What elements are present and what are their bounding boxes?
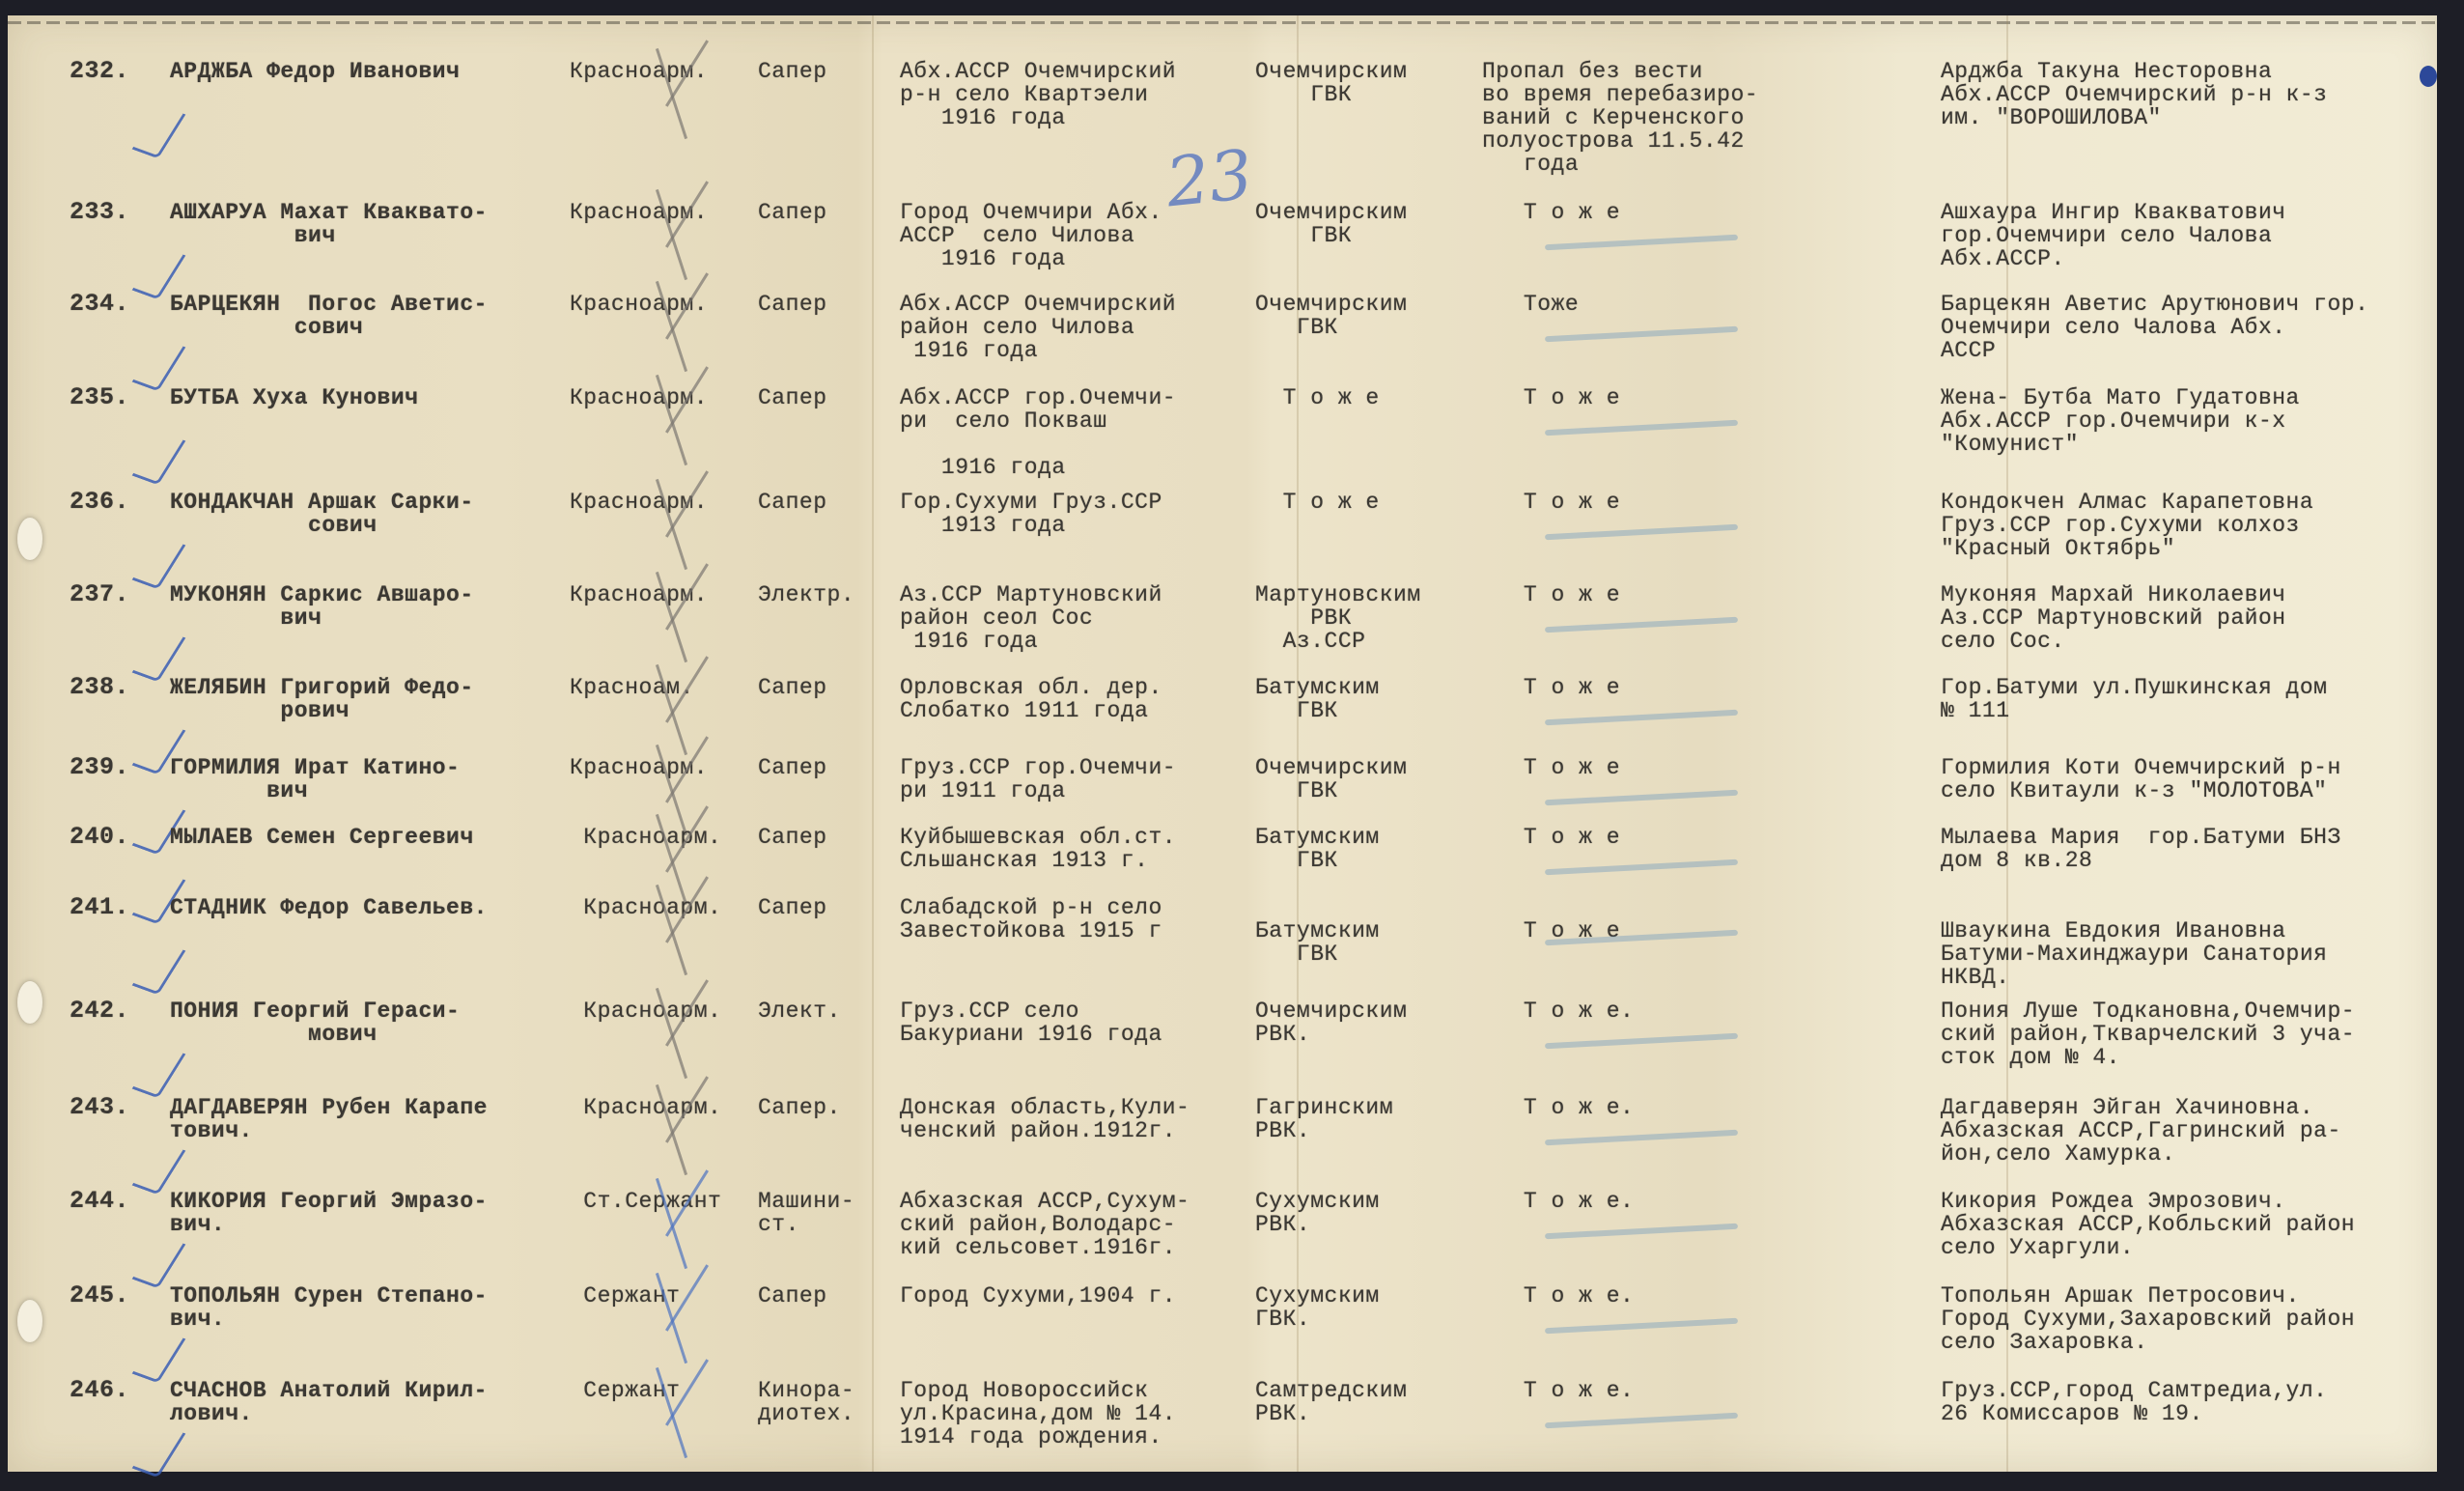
- drafting-commissariat: Сухумским ГВК.: [1255, 1284, 1380, 1331]
- drafting-commissariat: Т о ж е: [1255, 386, 1380, 409]
- pencil-tick-mark-icon: [657, 367, 707, 464]
- specialty: Кинора- диотех.: [758, 1379, 854, 1425]
- soldier-name: БУТБА Хуха Кунович: [170, 386, 418, 409]
- soldier-name: ТОПОЛЬЯН Сурен Степано- вич.: [170, 1284, 488, 1331]
- next-of-kin-address: Арджба Такуна Несторовна Абх.АССР Очемчи…: [1941, 60, 2327, 129]
- birthplace-and-year: Абх.АССР гор.Очемчи- ри село Покваш 1916…: [900, 386, 1176, 479]
- next-of-kin-address: Барцекян Аветис Арутюнович гор. Очемчири…: [1941, 293, 2368, 362]
- specialty: Сапер: [758, 1284, 827, 1308]
- birthplace-and-year: Абх.АССР Очемчирский район село Чилова 1…: [900, 293, 1176, 362]
- pencil-tick-mark-icon: [657, 471, 707, 568]
- drafting-commissariat: Батумским ГВК: [1255, 896, 1380, 966]
- fate-status: Т о ж е: [1482, 491, 1620, 514]
- fate-status: Т о ж е.: [1482, 1190, 1634, 1213]
- pencil-page-number: 23: [1162, 135, 1256, 223]
- fate-status: Т о ж е: [1482, 386, 1620, 409]
- drafting-commissariat: Батумским ГВК: [1255, 826, 1380, 872]
- punch-hole: [17, 981, 42, 1024]
- soldier-name: МЫЛАЕВ Семен Сергеевич: [170, 826, 474, 849]
- soldier-name: ПОНИЯ Георгий Гераси- мович: [170, 999, 460, 1046]
- next-of-kin-address: Гормилия Коти Очемчирский р-н село Квита…: [1941, 756, 2341, 802]
- next-of-kin-address: Гор.Батуми ул.Пушкинская дом № 111: [1941, 676, 2327, 722]
- drafting-commissariat: Очемчирским РВК.: [1255, 999, 1407, 1046]
- fate-status: Т о ж е.: [1482, 1096, 1634, 1119]
- ink-blot: [2420, 66, 2437, 87]
- pencil-tick-mark-icon: [657, 1077, 707, 1173]
- paper-fold-line: [872, 15, 874, 1472]
- specialty: Сапер: [758, 676, 827, 699]
- specialty: Сапер: [758, 826, 827, 849]
- row-number: 246.: [70, 1379, 129, 1402]
- fate-status: Т о ж е: [1482, 676, 1620, 699]
- pencil-tick-mark-icon: [657, 182, 707, 278]
- drafting-commissariat: Мартуновским РВК Аз.ССР: [1255, 583, 1421, 653]
- drafting-commissariat: Гагринским РВК.: [1255, 1096, 1393, 1142]
- specialty: Сапер: [758, 293, 827, 316]
- row-number: 239.: [70, 756, 129, 779]
- specialty: Сапер: [758, 201, 827, 224]
- fate-status: Т о ж е: [1482, 583, 1620, 606]
- next-of-kin-address: Мылаева Мария гор.Батуми БНЗ дом 8 кв.28: [1941, 826, 2341, 872]
- row-number: 242.: [70, 999, 129, 1023]
- drafting-commissariat: Т о ж е: [1255, 491, 1380, 514]
- row-number: 237.: [70, 583, 129, 606]
- row-number: 232.: [70, 60, 129, 83]
- soldier-name: ДАГДАВЕРЯН Рубен Карапе тович.: [170, 1096, 488, 1142]
- birthplace-and-year: Аз.ССР Мартуновский район сеол Сос 1916 …: [900, 583, 1162, 653]
- row-number: 245.: [70, 1284, 129, 1308]
- soldier-name: ЖЕЛЯБИН Григорий Федо- рович: [170, 676, 474, 722]
- typed-top-rule: [8, 21, 2437, 24]
- next-of-kin-address: Шваукина Евдокия Ивановна Батуми-Махиндж…: [1941, 896, 2327, 989]
- fate-status: Т о ж е: [1482, 896, 1620, 942]
- soldier-name: ГОРМИЛИЯ Ират Катино- вич: [170, 756, 460, 802]
- row-number: 235.: [70, 386, 129, 409]
- fate-status: Т о ж е: [1482, 201, 1620, 224]
- row-number: 244.: [70, 1190, 129, 1213]
- fate-status: Пропал без вести во время перебазиро- ва…: [1482, 60, 1758, 176]
- soldier-name: КИКОРИЯ Георгий Эмразо- вич.: [170, 1190, 488, 1236]
- next-of-kin-address: Топольян Аршак Петросович. Город Сухуми,…: [1941, 1284, 2355, 1354]
- pencil-tick-mark-icon: [657, 980, 707, 1077]
- specialty: Сапер: [758, 896, 827, 919]
- pencil-tick-mark-icon: [657, 273, 707, 370]
- punch-hole: [17, 1300, 42, 1342]
- pencil-tick-mark-icon: [657, 877, 707, 973]
- next-of-kin-address: Кондокчен Алмас Карапетовна Груз.ССР гор…: [1941, 491, 2313, 560]
- soldier-name: МУКОНЯН Саркис Авшаро- вич: [170, 583, 474, 630]
- next-of-kin-address: Ашхаура Ингир Квакватович гор.Очемчири с…: [1941, 201, 2286, 270]
- fate-status: Т о ж е: [1482, 756, 1620, 779]
- next-of-kin-address: Дагдаверян Эйган Хачиновна. Абхазская АС…: [1941, 1096, 2341, 1166]
- specialty: Сапер: [758, 756, 827, 779]
- drafting-commissariat: Очемчирским ГВК: [1255, 756, 1407, 802]
- soldier-name: АРДЖБА Федор Иванович: [170, 60, 460, 83]
- specialty: Сапер: [758, 491, 827, 514]
- specialty: Сапер: [758, 386, 827, 409]
- birthplace-and-year: Гор.Сухуми Груз.ССР 1913 года: [900, 491, 1162, 537]
- fate-status: Т о ж е: [1482, 826, 1620, 849]
- row-number: 234.: [70, 293, 129, 316]
- punch-hole: [17, 518, 42, 560]
- birthplace-and-year: Город Очемчири Абх. АССР село Чилова 191…: [900, 201, 1162, 270]
- pencil-tick-mark-icon: [657, 564, 707, 661]
- fate-status: Т о ж е.: [1482, 999, 1634, 1023]
- next-of-kin-address: Груз.ССР,город Самтредиа,ул. 26 Комиссар…: [1941, 1379, 2327, 1425]
- soldier-name: БАРЦЕКЯН Погос Аветис- сович: [170, 293, 488, 339]
- specialty: Сапер: [758, 60, 827, 83]
- row-number: 236.: [70, 491, 129, 514]
- birthplace-and-year: Орловская обл. дер. Слобатко 1911 года: [900, 676, 1162, 722]
- soldier-name: СЧАСНОВ Анатолий Кирил- лович.: [170, 1379, 488, 1425]
- drafting-commissariat: Батумским ГВК: [1255, 676, 1380, 722]
- next-of-kin-address: Муконяя Мархай Николаевич Аз.ССР Мартуно…: [1941, 583, 2286, 653]
- next-of-kin-address: Жена- Бутба Мато Гудатовна Абх.АССР гор.…: [1941, 386, 2300, 456]
- pencil-tick-mark-icon: [657, 1265, 707, 1362]
- soldier-name: КОНДАКЧАН Аршак Сарки- сович: [170, 491, 474, 537]
- next-of-kin-address: Кикория Рождеа Эмрозович. Абхазская АССР…: [1941, 1190, 2355, 1259]
- next-of-kin-address: Пония Луше Тодкановна,Очемчир- ский райо…: [1941, 999, 2355, 1069]
- drafting-commissariat: Очемчирским ГВК: [1255, 201, 1407, 247]
- birthplace-and-year: Слабадской р-н село Завестойкова 1915 г: [900, 896, 1162, 942]
- drafting-commissariat: Очемчирским ГВК: [1255, 293, 1407, 339]
- soldier-name: АШХАРУА Махат Квакватo- вич: [170, 201, 488, 247]
- fate-status: Тоже: [1482, 293, 1579, 316]
- row-number: 238.: [70, 676, 129, 699]
- drafting-commissariat: Сухумским РВК.: [1255, 1190, 1380, 1236]
- specialty: Машини- ст.: [758, 1190, 854, 1236]
- birthplace-and-year: Куйбышевская обл.ст. Сльшанская 1913 г.: [900, 826, 1176, 872]
- pencil-tick-mark-icon: [657, 1170, 707, 1267]
- drafting-commissariat: Очемчирским ГВК: [1255, 60, 1407, 106]
- birthplace-and-year: Груз.ССР село Бакуриани 1916 года: [900, 999, 1162, 1046]
- birthplace-and-year: Абхазская АССР,Сухум- ский район,Володар…: [900, 1190, 1190, 1259]
- birthplace-and-year: Абх.АССР Очемчирский р-н село Квартэели …: [900, 60, 1176, 129]
- row-number: 241.: [70, 896, 129, 919]
- row-number: 243.: [70, 1096, 129, 1119]
- row-number: 233.: [70, 201, 129, 224]
- pencil-tick-mark-icon: [657, 1360, 707, 1456]
- birthplace-and-year: Груз.ССР гор.Очемчи- ри 1911 года: [900, 756, 1176, 802]
- birthplace-and-year: Город Сухуми,1904 г.: [900, 1284, 1176, 1308]
- birthplace-and-year: Донская область,Кули- ченский район.1912…: [900, 1096, 1190, 1142]
- row-number: 240.: [70, 826, 129, 849]
- specialty: Сапер.: [758, 1096, 841, 1119]
- soldier-name: СТАДНИК Федор Савельев.: [170, 896, 488, 919]
- fate-status: Т о ж е.: [1482, 1284, 1634, 1308]
- fate-status: Т о ж е.: [1482, 1379, 1634, 1402]
- specialty: Элект.: [758, 999, 841, 1023]
- specialty: Электр.: [758, 583, 854, 606]
- birthplace-and-year: Город Новороссийск ул.Красина,дом № 14. …: [900, 1379, 1176, 1449]
- drafting-commissariat: Самтредским РВК.: [1255, 1379, 1407, 1425]
- pencil-tick-mark-icon: [657, 41, 707, 137]
